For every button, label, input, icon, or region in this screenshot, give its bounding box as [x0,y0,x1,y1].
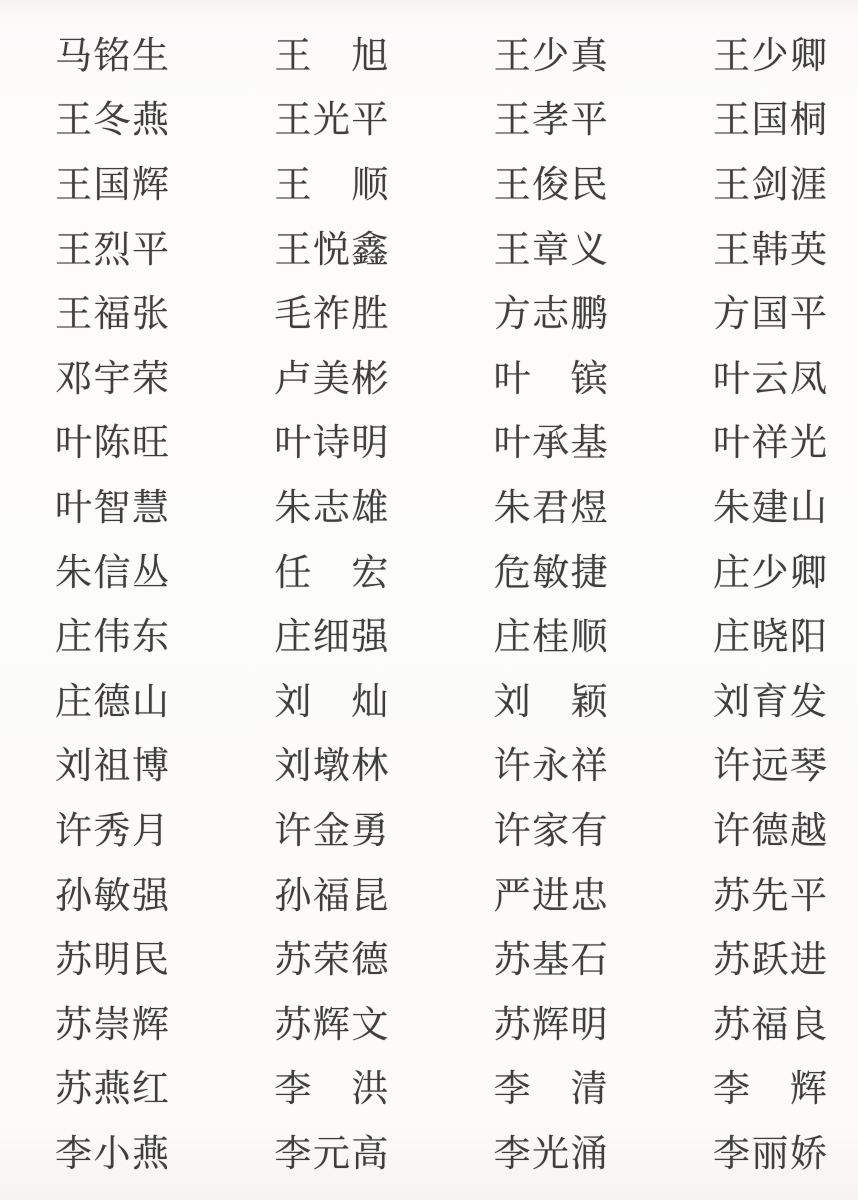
name-char: 燕 [94,1071,131,1108]
name-char: 方 [713,296,750,333]
name-char: 国 [751,102,788,139]
name-char: 远 [751,748,788,785]
name-char: 剑 [751,167,788,204]
name-char: 许 [274,813,311,850]
roster-row: 刘祖博刘墩林许永祥许远琴 [55,735,827,800]
roster-row: 许秀月许金勇许家有许德越 [55,799,827,864]
name-cell: 苏辉文 [274,1007,388,1044]
name-cell: 王章义 [494,232,608,269]
name-char: 许 [494,748,531,785]
name-char: 志 [532,296,569,333]
name-char: 德 [94,684,131,721]
roster-row: 叶智慧朱志雄朱君煜朱建山 [55,476,827,541]
name-char: 王 [713,102,750,139]
name-char: 云 [751,361,788,398]
name-cell: 许永祥 [494,748,608,785]
name-char: 顺 [571,619,608,656]
name-cell: 苏明民 [55,942,169,979]
name-char: 秀 [94,813,131,850]
roster-row: 王烈平王悦鑫王章义王韩英 [55,218,827,283]
name-char: 王 [274,102,311,139]
roster-row: 李小燕李元高李光涌李丽娇 [55,1122,827,1187]
name-cell: 庄伟东 [55,619,169,656]
name-char: 庄 [55,619,92,656]
name-char: 叶 [713,361,750,398]
name-char: 平 [132,232,169,269]
name-cell: 许家有 [494,813,608,850]
name-cell: 卢美彬 [274,361,388,398]
roster-row: 叶陈旺叶诗明叶承基叶祥光 [55,412,827,477]
name-char: 捷 [571,555,608,592]
name-char: 涌 [571,1136,608,1173]
name-char: 苏 [713,942,750,979]
name-char: 娇 [790,1136,827,1173]
name-char: 苏 [713,878,750,915]
name-char: 高 [351,1136,388,1173]
name-char: 洪 [351,1071,388,1108]
name-char: 山 [132,684,169,721]
name-cell: 朱建山 [713,490,827,527]
name-char: 进 [532,878,569,915]
name-cell: 王冬燕 [55,102,169,139]
name-char: 伟 [94,619,131,656]
name-cell: 王少卿 [713,38,827,75]
name-char: 丽 [751,1136,788,1173]
name-char: 民 [571,167,608,204]
name-char: 光 [313,102,350,139]
roster-row: 庄伟东庄细强庄桂顺庄晓阳 [55,605,827,670]
name-cell: 王俊民 [494,167,608,204]
name-char: 桐 [790,102,827,139]
name-char: 博 [132,748,169,785]
name-char: 朱 [274,490,311,527]
name-char: 铭 [94,38,131,75]
name-char: 庄 [494,619,531,656]
name-char: 王 [494,167,531,204]
name-cell: 李辉 [713,1071,827,1108]
name-cell: 朱志雄 [274,490,388,527]
name-cell: 许金勇 [274,813,388,850]
name-char: 任 [274,555,311,592]
name-char: 昆 [351,878,388,915]
name-char: 庄 [713,619,750,656]
name-cell: 王剑涯 [713,167,827,204]
name-char: 永 [532,748,569,785]
name-cell: 叶智慧 [55,490,169,527]
name-char: 福 [313,878,350,915]
roster-row: 苏燕红李洪李清李辉 [55,1058,827,1123]
name-char: 危 [494,555,531,592]
name-cell: 叶云凤 [713,361,827,398]
name-char: 敏 [532,555,569,592]
name-cell: 毛祚胜 [274,296,388,333]
name-char: 苏 [494,942,531,979]
name-char: 庄 [713,555,750,592]
name-cell: 李元高 [274,1136,388,1173]
name-cell: 李丽娇 [713,1136,827,1173]
name-char: 王 [494,38,531,75]
name-char: 俊 [532,167,569,204]
name-char: 叶 [713,425,750,462]
name-char: 有 [571,813,608,850]
name-char: 李 [494,1136,531,1173]
name-cell: 许秀月 [55,813,169,850]
name-char: 苏 [55,1071,92,1108]
name-char: 明 [571,1007,608,1044]
name-cell: 叶承基 [494,425,608,462]
name-char: 诗 [313,425,350,462]
name-cell: 苏崇辉 [55,1007,169,1044]
name-cell: 叶陈旺 [55,425,169,462]
name-char: 细 [313,619,350,656]
name-char: 东 [132,619,169,656]
name-char: 叶 [55,490,92,527]
name-cell: 王光平 [274,102,388,139]
name-char: 林 [351,748,388,785]
name-char: 建 [751,490,788,527]
name-char: 叶 [274,425,311,462]
name-char: 明 [351,425,388,462]
name-char: 平 [571,102,608,139]
name-cell: 苏福良 [713,1007,827,1044]
name-char: 燕 [132,1136,169,1173]
name-char: 强 [351,619,388,656]
name-char: 琴 [790,748,827,785]
name-cell: 许德越 [713,813,827,850]
name-cell: 王国辉 [55,167,169,204]
name-cell: 苏基石 [494,942,608,979]
name-char: 卿 [790,38,827,75]
name-char: 王 [274,38,311,75]
name-cell: 刘育发 [713,684,827,721]
name-char: 志 [313,490,350,527]
name-cell: 李洪 [274,1071,388,1108]
name-char: 苏 [713,1007,750,1044]
name-char: 王 [55,296,92,333]
name-char: 祥 [751,425,788,462]
name-char: 苏 [55,1007,92,1044]
name-char: 明 [94,942,131,979]
name-cell: 朱君煜 [494,490,608,527]
name-cell: 孙福昆 [274,878,388,915]
name-cell: 苏先平 [713,878,827,915]
name-char: 叶 [494,361,531,398]
name-char: 小 [94,1136,131,1173]
name-char: 少 [751,38,788,75]
name-char: 邓 [55,361,92,398]
name-cell: 庄晓阳 [713,619,827,656]
name-char: 先 [751,878,788,915]
name-char: 晓 [751,619,788,656]
roster-row: 苏崇辉苏辉文苏辉明苏福良 [55,993,827,1058]
name-char: 王 [494,102,531,139]
name-char: 孙 [55,878,92,915]
name-char: 胜 [351,296,388,333]
name-char: 辉 [532,1007,569,1044]
name-char: 进 [790,942,827,979]
scanned-name-roster-page: 马铭生王旭王少真王少卿王冬燕王光平王孝平王国桐王国辉王顺王俊民王剑涯王烈平王悦鑫… [0,0,858,1200]
name-cell: 庄桂顺 [494,619,608,656]
name-char: 王 [713,38,750,75]
name-char: 马 [55,38,92,75]
name-char: 月 [132,813,169,850]
name-char: 民 [132,942,169,979]
name-cell: 庄细强 [274,619,388,656]
name-char: 许 [55,813,92,850]
name-char: 荣 [313,942,350,979]
name-char: 彬 [351,361,388,398]
name-char: 朱 [55,555,92,592]
name-char: 苏 [55,942,92,979]
name-char: 韩 [751,232,788,269]
name-char: 煜 [571,490,608,527]
name-cell: 危敏捷 [494,555,608,592]
name-char: 美 [313,361,350,398]
name-char: 少 [751,555,788,592]
name-char: 基 [532,942,569,979]
name-cell: 苏辉明 [494,1007,608,1044]
name-char: 石 [571,942,608,979]
name-char: 文 [351,1007,388,1044]
name-char: 朱 [713,490,750,527]
name-char: 李 [713,1136,750,1173]
name-char: 刘 [55,748,92,785]
name-char: 刘 [494,684,531,721]
name-char: 跃 [751,942,788,979]
name-char: 光 [532,1136,569,1173]
name-char: 德 [351,942,388,979]
name-char: 君 [532,490,569,527]
name-cell: 王孝平 [494,102,608,139]
name-char: 祚 [313,296,350,333]
name-char: 基 [571,425,608,462]
name-char: 辉 [132,1007,169,1044]
name-cell: 任宏 [274,555,388,592]
name-cell: 苏跃进 [713,942,827,979]
name-char: 山 [790,490,827,527]
name-char: 勇 [351,813,388,850]
name-cell: 叶诗明 [274,425,388,462]
name-char: 信 [94,555,131,592]
name-char: 家 [532,813,569,850]
name-char: 刘 [713,684,750,721]
name-char: 李 [713,1071,750,1108]
name-cell: 李小燕 [55,1136,169,1173]
name-char: 顺 [351,167,388,204]
name-char: 承 [532,425,569,462]
name-char: 方 [494,296,531,333]
name-char: 福 [94,296,131,333]
roster-row: 王冬燕王光平王孝平王国桐 [55,89,827,154]
roster-row: 苏明民苏荣德苏基石苏跃进 [55,928,827,993]
name-char: 良 [790,1007,827,1044]
name-char: 德 [751,813,788,850]
name-char: 智 [94,490,131,527]
name-char: 朱 [494,490,531,527]
name-char: 庄 [55,684,92,721]
name-char: 苏 [494,1007,531,1044]
name-char: 金 [313,813,350,850]
name-cell: 苏荣德 [274,942,388,979]
name-cell: 李光涌 [494,1136,608,1173]
name-char: 燕 [132,102,169,139]
name-char: 丛 [132,555,169,592]
name-cell: 王烈平 [55,232,169,269]
name-char: 孝 [532,102,569,139]
name-char: 旺 [132,425,169,462]
name-cell: 王国桐 [713,102,827,139]
name-char: 章 [532,232,569,269]
name-char: 宏 [351,555,388,592]
name-char: 灿 [351,684,388,721]
name-char: 毛 [274,296,311,333]
name-char: 烈 [94,232,131,269]
name-char: 王 [274,167,311,204]
name-cell: 刘墩林 [274,748,388,785]
name-char: 平 [790,878,827,915]
name-cell: 叶祥光 [713,425,827,462]
name-char: 孙 [274,878,311,915]
name-cell: 王顺 [274,167,388,204]
name-char: 崇 [94,1007,131,1044]
name-char: 李 [274,1071,311,1108]
name-char: 卿 [790,555,827,592]
name-char: 祖 [94,748,131,785]
name-cell: 许远琴 [713,748,827,785]
name-char: 苏 [274,942,311,979]
name-char: 庄 [274,619,311,656]
name-char: 李 [494,1071,531,1108]
name-cell: 王旭 [274,38,388,75]
name-char: 颖 [571,684,608,721]
name-char: 许 [713,813,750,850]
name-char: 敏 [94,878,131,915]
name-cell: 方志鹏 [494,296,608,333]
name-char: 镔 [571,361,608,398]
name-char: 许 [713,748,750,785]
name-char: 涯 [790,167,827,204]
name-cell: 邓宇荣 [55,361,169,398]
name-char: 平 [351,102,388,139]
name-cell: 王少真 [494,38,608,75]
name-char: 荣 [132,361,169,398]
name-char: 辉 [790,1071,827,1108]
name-char: 福 [751,1007,788,1044]
name-cell: 马铭生 [55,38,169,75]
name-char: 鹏 [571,296,608,333]
name-cell: 方国平 [713,296,827,333]
name-char: 李 [55,1136,92,1173]
name-grid: 马铭生王旭王少真王少卿王冬燕王光平王孝平王国桐王国辉王顺王俊民王剑涯王烈平王悦鑫… [55,24,827,1187]
name-char: 李 [274,1136,311,1173]
roster-row: 孙敏强孙福昆严进忠苏先平 [55,864,827,929]
name-char: 辉 [313,1007,350,1044]
name-char: 许 [494,813,531,850]
name-cell: 刘祖博 [55,748,169,785]
name-char: 忠 [571,878,608,915]
name-char: 国 [94,167,131,204]
name-char: 阳 [790,619,827,656]
name-char: 雄 [351,490,388,527]
name-char: 王 [55,167,92,204]
name-char: 王 [274,232,311,269]
name-char: 国 [751,296,788,333]
name-char: 清 [571,1071,608,1108]
name-cell: 李清 [494,1071,608,1108]
name-char: 育 [751,684,788,721]
name-cell: 苏燕红 [55,1071,169,1108]
name-char: 祥 [571,748,608,785]
name-char: 旭 [351,38,388,75]
name-char: 悦 [313,232,350,269]
name-char: 光 [790,425,827,462]
name-cell: 严进忠 [494,878,608,915]
name-char: 真 [571,38,608,75]
roster-row: 马铭生王旭王少真王少卿 [55,24,827,89]
name-char: 红 [132,1071,169,1108]
name-char: 王 [55,102,92,139]
roster-row: 王福张毛祚胜方志鹏方国平 [55,282,827,347]
name-char: 英 [790,232,827,269]
name-char: 义 [571,232,608,269]
name-char: 王 [713,167,750,204]
name-char: 生 [132,38,169,75]
name-char: 苏 [274,1007,311,1044]
name-char: 平 [790,296,827,333]
roster-row: 邓宇荣卢美彬叶镔叶云凤 [55,347,827,412]
name-char: 凤 [790,361,827,398]
name-cell: 孙敏强 [55,878,169,915]
roster-row: 朱信丛任宏危敏捷庄少卿 [55,541,827,606]
name-char: 慧 [132,490,169,527]
name-char: 冬 [94,102,131,139]
roster-row: 王国辉王顺王俊民王剑涯 [55,153,827,218]
name-char: 刘 [274,684,311,721]
name-cell: 朱信丛 [55,555,169,592]
name-char: 辉 [132,167,169,204]
name-char: 桂 [532,619,569,656]
name-char: 少 [532,38,569,75]
name-char: 叶 [494,425,531,462]
name-char: 强 [132,878,169,915]
roster-row: 庄德山刘灿刘颖刘育发 [55,670,827,735]
name-char: 王 [494,232,531,269]
name-char: 元 [313,1136,350,1173]
name-char: 陈 [94,425,131,462]
name-char: 发 [790,684,827,721]
name-cell: 刘灿 [274,684,388,721]
name-cell: 王福张 [55,296,169,333]
name-char: 刘 [274,748,311,785]
name-cell: 庄少卿 [713,555,827,592]
name-char: 宇 [94,361,131,398]
name-char: 叶 [55,425,92,462]
name-cell: 刘颖 [494,684,608,721]
name-char: 墩 [313,748,350,785]
name-cell: 王韩英 [713,232,827,269]
name-char: 王 [713,232,750,269]
name-char: 严 [494,878,531,915]
name-char: 鑫 [351,232,388,269]
name-char: 张 [132,296,169,333]
name-char: 卢 [274,361,311,398]
name-char: 越 [790,813,827,850]
name-cell: 王悦鑫 [274,232,388,269]
name-cell: 庄德山 [55,684,169,721]
name-cell: 叶镔 [494,361,608,398]
name-char: 王 [55,232,92,269]
